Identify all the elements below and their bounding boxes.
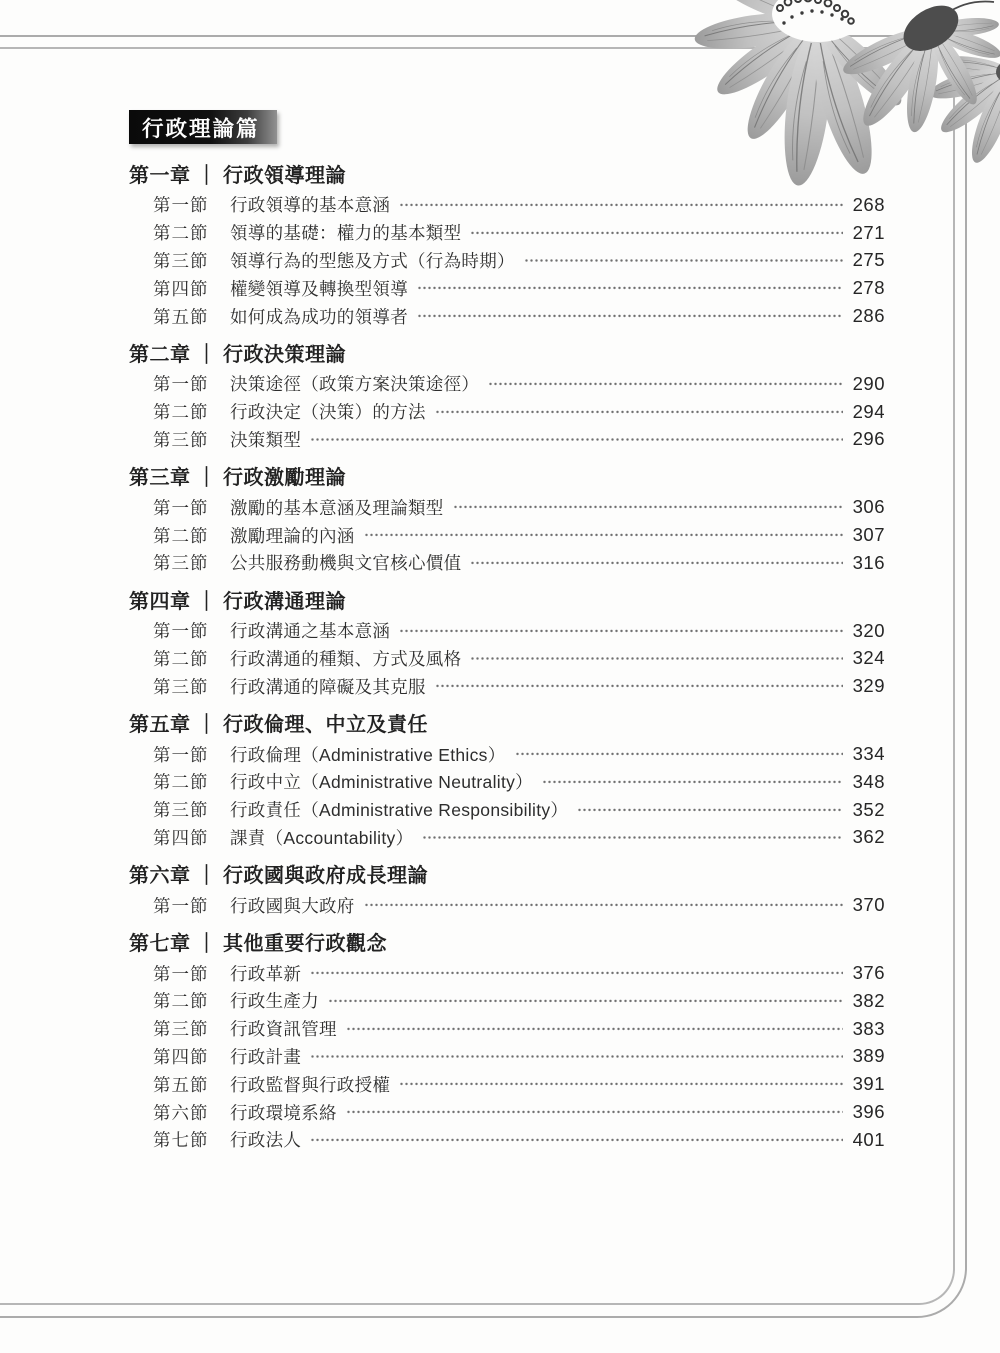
- page-number: 401: [849, 1129, 885, 1151]
- chapter-title: 行政國與政府成長理論: [223, 859, 428, 888]
- section-row: 第六節 行政環境系絡 396: [129, 1098, 885, 1126]
- section-row: 第三節 行政責任（Administrative Responsibility） …: [129, 796, 885, 824]
- section-label: 第一節: [153, 893, 216, 918]
- chapter-title: 行政激勵理論: [223, 461, 346, 490]
- page-number: 294: [849, 401, 885, 423]
- section-row: 第七節 行政法人 401: [129, 1126, 885, 1154]
- chapter-sections: 第一節 行政革新 376 第二節 行政生產力 382 第三節 行政資訊管理 38…: [129, 959, 885, 1154]
- toc-chapter: 第六章 ｜ 行政國與政府成長理論 第一節 行政國與大政府 370: [129, 851, 885, 919]
- section-title: 激勵的基本意涵及理論類型: [230, 495, 444, 520]
- page-number: 286: [849, 305, 885, 327]
- section-label: 第四節: [153, 1044, 216, 1069]
- chapter-separator: ｜: [197, 338, 218, 367]
- page-number: 290: [849, 373, 885, 395]
- dotted-leader: [417, 302, 843, 330]
- section-title: 課責（Accountability）: [230, 825, 413, 850]
- chapter-number: 第三章: [129, 461, 191, 490]
- section-row: 第一節 決策途徑（政策方案決策途徑） 290: [129, 370, 885, 398]
- section-label: 第六節: [153, 1100, 216, 1125]
- chapter-sections: 第一節 決策途徑（政策方案決策途徑） 290 第二節 行政決定（決策）的方法 2…: [129, 370, 885, 453]
- chapter-separator: ｜: [197, 461, 218, 490]
- section-title: 行政環境系絡: [230, 1100, 337, 1125]
- section-row: 第五節 如何成為成功的領導者 286: [129, 302, 885, 330]
- dotted-leader: [364, 521, 843, 549]
- page-number: 391: [849, 1073, 885, 1095]
- toc-chapter: 第五章 ｜ 行政倫理、中立及責任 第一節 行政倫理（Administrative…: [129, 700, 885, 851]
- section-title: 行政監督與行政授權: [230, 1072, 390, 1097]
- page-number: 329: [849, 675, 885, 697]
- page-number: 320: [849, 620, 885, 642]
- page-number: 278: [849, 277, 885, 299]
- chapter-heading: 第七章 ｜ 其他重要行政觀念: [129, 924, 885, 959]
- section-label: 第七節: [153, 1127, 216, 1152]
- chapter-separator: ｜: [197, 708, 218, 737]
- section-label: 第三節: [153, 674, 216, 699]
- page-number: 370: [849, 894, 885, 916]
- dotted-leader: [346, 1098, 843, 1126]
- page-number: 362: [849, 826, 885, 848]
- section-label: 第五節: [153, 1072, 216, 1097]
- dotted-leader: [310, 426, 843, 454]
- section-row: 第二節 行政決定（決策）的方法 294: [129, 398, 885, 426]
- chapter-number: 第四章: [129, 585, 191, 614]
- section-title: 行政資訊管理: [230, 1016, 337, 1041]
- page-number: 382: [849, 990, 885, 1012]
- section-row: 第一節 行政領導的基本意涵 268: [129, 191, 885, 219]
- section-title: 行政法人: [230, 1127, 301, 1152]
- section-title: 權變領導及轉換型領導: [230, 276, 408, 301]
- section-title: 決策途徑（政策方案決策途徑）: [230, 371, 479, 396]
- page-number: 383: [849, 1018, 885, 1040]
- dotted-leader: [435, 672, 843, 700]
- dotted-leader: [435, 398, 843, 426]
- section-row: 第四節 課責（Accountability） 362: [129, 824, 885, 852]
- section-label: 第三節: [153, 248, 216, 273]
- chapter-heading: 第三章 ｜ 行政激勵理論: [129, 458, 885, 493]
- toc-chapter: 第一章 ｜ 行政領導理論 第一節 行政領導的基本意涵 268 第二節 領導的基礎…: [129, 156, 885, 330]
- toc-chapter: 第三章 ｜ 行政激勵理論 第一節 激勵的基本意涵及理論類型 306 第二節 激勵…: [129, 453, 885, 576]
- section-label: 第二節: [153, 523, 216, 548]
- section-label: 第三節: [153, 1016, 216, 1041]
- section-label: 第四節: [153, 825, 216, 850]
- section-row: 第三節 決策類型 296: [129, 426, 885, 454]
- section-row: 第一節 行政溝通之基本意涵 320: [129, 617, 885, 645]
- chapter-sections: 第一節 行政倫理（Administrative Ethics） 334 第二節 …: [129, 740, 885, 851]
- part-badge: 行政理論篇: [129, 110, 277, 144]
- cone-flower: [838, 0, 1000, 134]
- dotted-leader: [399, 1070, 843, 1098]
- page-number: 389: [849, 1045, 885, 1067]
- dotted-leader: [346, 1015, 843, 1043]
- dotted-leader: [422, 824, 843, 852]
- chapter-number: 第七章: [129, 927, 191, 956]
- section-row: 第一節 行政國與大政府 370: [129, 891, 885, 919]
- section-label: 第二節: [153, 988, 216, 1013]
- chapter-separator: ｜: [197, 585, 218, 614]
- dotted-leader: [364, 891, 843, 919]
- section-label: 第三節: [153, 550, 216, 575]
- dotted-leader: [542, 768, 843, 796]
- chapter-title: 行政領導理論: [223, 159, 346, 188]
- toc-chapter: 第四章 ｜ 行政溝通理論 第一節 行政溝通之基本意涵 320 第二節 行政溝通的…: [129, 577, 885, 700]
- section-row: 第三節 行政溝通的障礙及其克服 329: [129, 672, 885, 700]
- section-row: 第三節 領導行為的型態及方式（行為時期） 275: [129, 247, 885, 275]
- section-row: 第一節 激勵的基本意涵及理論類型 306: [129, 493, 885, 521]
- page-number: 324: [849, 647, 885, 669]
- dotted-leader: [524, 247, 843, 275]
- section-row: 第二節 領導的基礎：權力的基本類型 271: [129, 219, 885, 247]
- page-number: 268: [849, 194, 885, 216]
- toc: 第一章 ｜ 行政領導理論 第一節 行政領導的基本意涵 268 第二節 領導的基礎…: [129, 156, 885, 1154]
- section-row: 第一節 行政倫理（Administrative Ethics） 334: [129, 740, 885, 768]
- page-number: 296: [849, 428, 885, 450]
- section-label: 第二節: [153, 769, 216, 794]
- section-label: 第一節: [153, 961, 216, 986]
- chapter-number: 第二章: [129, 338, 191, 367]
- section-label: 第五節: [153, 304, 216, 329]
- page-number: 271: [849, 222, 885, 244]
- dotted-leader: [399, 191, 843, 219]
- dotted-leader: [577, 796, 843, 824]
- chapter-separator: ｜: [197, 159, 218, 188]
- section-title: 行政生產力: [230, 988, 319, 1013]
- page-number: 396: [849, 1101, 885, 1123]
- section-label: 第一節: [153, 192, 216, 217]
- section-label: 第二節: [153, 220, 216, 245]
- dotted-leader: [328, 987, 843, 1015]
- page-number: 352: [849, 799, 885, 821]
- partial-flower: [927, 53, 1000, 168]
- dotted-leader: [310, 1043, 843, 1071]
- section-row: 第三節 行政資訊管理 383: [129, 1015, 885, 1043]
- section-title: 激勵理論的內涵: [230, 523, 355, 548]
- chapter-separator: ｜: [197, 927, 218, 956]
- section-title: 行政倫理（Administrative Ethics）: [230, 742, 506, 767]
- section-title: 公共服務動機與文官核心價值: [230, 550, 461, 575]
- section-title: 行政領導的基本意涵: [230, 192, 390, 217]
- section-title: 行政計畫: [230, 1044, 301, 1069]
- chapter-separator: ｜: [197, 859, 218, 888]
- section-title: 如何成為成功的領導者: [230, 304, 408, 329]
- chapter-heading: 第四章 ｜ 行政溝通理論: [129, 582, 885, 617]
- dotted-leader: [488, 370, 843, 398]
- dotted-leader: [470, 645, 843, 673]
- dotted-leader: [453, 493, 843, 521]
- page-number: 334: [849, 743, 885, 765]
- section-title: 行政中立（Administrative Neutrality）: [230, 769, 533, 794]
- chapter-title: 行政倫理、中立及責任: [223, 708, 428, 737]
- section-label: 第四節: [153, 276, 216, 301]
- section-row: 第四節 權變領導及轉換型領導 278: [129, 274, 885, 302]
- section-title: 行政決定（決策）的方法: [230, 399, 426, 424]
- chapter-title: 其他重要行政觀念: [223, 927, 387, 956]
- section-label: 第二節: [153, 399, 216, 424]
- section-label: 第一節: [153, 742, 216, 767]
- page-number: 376: [849, 962, 885, 984]
- chapter-heading: 第六章 ｜ 行政國與政府成長理論: [129, 856, 885, 891]
- toc-chapter: 第二章 ｜ 行政決策理論 第一節 決策途徑（政策方案決策途徑） 290 第二節 …: [129, 330, 885, 453]
- section-row: 第四節 行政計畫 389: [129, 1043, 885, 1071]
- section-label: 第一節: [153, 371, 216, 396]
- page-number: 316: [849, 552, 885, 574]
- section-title: 領導行為的型態及方式（行為時期）: [230, 248, 515, 273]
- chapter-number: 第五章: [129, 708, 191, 737]
- section-label: 第三節: [153, 797, 216, 822]
- chapter-sections: 第一節 行政領導的基本意涵 268 第二節 領導的基礎：權力的基本類型 271 …: [129, 191, 885, 330]
- section-label: 第一節: [153, 495, 216, 520]
- section-row: 第一節 行政革新 376: [129, 959, 885, 987]
- section-row: 第五節 行政監督與行政授權 391: [129, 1070, 885, 1098]
- section-row: 第二節 行政生產力 382: [129, 987, 885, 1015]
- dotted-leader: [470, 549, 843, 577]
- chapter-sections: 第一節 激勵的基本意涵及理論類型 306 第二節 激勵理論的內涵 307 第三節…: [129, 493, 885, 576]
- section-title: 領導的基礎：權力的基本類型: [230, 220, 461, 245]
- section-title: 行政溝通的障礙及其克服: [230, 674, 426, 699]
- chapter-heading: 第五章 ｜ 行政倫理、中立及責任: [129, 705, 885, 740]
- chapter-title: 行政溝通理論: [223, 585, 346, 614]
- section-title: 決策類型: [230, 427, 301, 452]
- dotted-leader: [310, 959, 843, 987]
- chapter-number: 第六章: [129, 859, 191, 888]
- dotted-leader: [417, 274, 843, 302]
- chapter-sections: 第一節 行政國與大政府 370: [129, 891, 885, 919]
- chapter-heading: 第二章 ｜ 行政決策理論: [129, 335, 885, 370]
- section-row: 第二節 激勵理論的內涵 307: [129, 521, 885, 549]
- page-number: 307: [849, 524, 885, 546]
- dotted-leader: [515, 740, 843, 768]
- chapter-title: 行政決策理論: [223, 338, 346, 367]
- dotted-leader: [470, 219, 843, 247]
- page-number: 348: [849, 771, 885, 793]
- page-number: 275: [849, 249, 885, 271]
- chapter-number: 第一章: [129, 159, 191, 188]
- section-title: 行政溝通的種類、方式及風格: [230, 646, 461, 671]
- chapter-heading: 第一章 ｜ 行政領導理論: [129, 156, 885, 191]
- dotted-leader: [399, 617, 843, 645]
- section-title: 行政國與大政府: [230, 893, 355, 918]
- section-title: 行政責任（Administrative Responsibility）: [230, 797, 568, 822]
- section-label: 第一節: [153, 618, 216, 643]
- chapter-sections: 第一節 行政溝通之基本意涵 320 第二節 行政溝通的種類、方式及風格 324 …: [129, 617, 885, 700]
- section-title: 行政革新: [230, 961, 301, 986]
- section-row: 第二節 行政溝通的種類、方式及風格 324: [129, 645, 885, 673]
- section-row: 第二節 行政中立（Administrative Neutrality） 348: [129, 768, 885, 796]
- dotted-leader: [310, 1126, 843, 1154]
- toc-chapter: 第七章 ｜ 其他重要行政觀念 第一節 行政革新 376 第二節 行政生產力 38…: [129, 919, 885, 1154]
- section-title: 行政溝通之基本意涵: [230, 618, 390, 643]
- section-row: 第三節 公共服務動機與文官核心價值 316: [129, 549, 885, 577]
- page-number: 306: [849, 496, 885, 518]
- section-label: 第三節: [153, 427, 216, 452]
- section-label: 第二節: [153, 646, 216, 671]
